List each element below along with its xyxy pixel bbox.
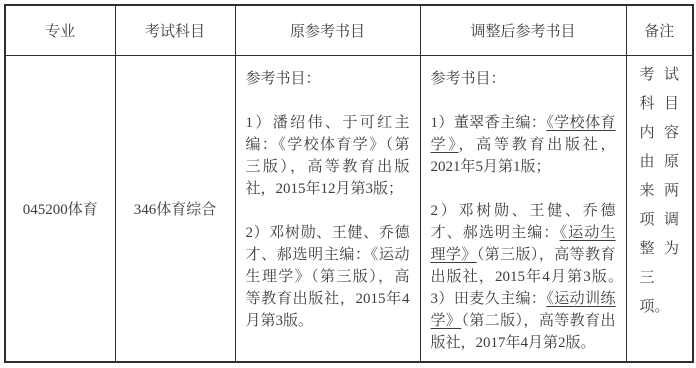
- cell-remark: 考试科目内容由原来两项调整为三项。: [626, 55, 693, 362]
- adjusted-refs-item-2-3: 2）邓树勋、王健、乔德才、郝选明主编：《运动生理学》（第三版），高等教育出版社，…: [431, 200, 616, 354]
- header-major: 专业: [5, 5, 115, 55]
- header-adjusted-refs: 调整后参考书目: [420, 5, 626, 55]
- header-original-refs: 原参考书目: [235, 5, 420, 55]
- ref-text-segment: ，高等教育出版社，2021年5月第1版；: [431, 137, 616, 175]
- reference-adjustment-table: 专业 考试科目 原参考书目 调整后参考书目 备注 045200体育 346体育综…: [4, 4, 694, 363]
- original-refs-item-2: 2）邓树勋、王健、乔德才、郝选明主编：《运动生理学》（第三版），高等教育出版社，…: [246, 222, 410, 332]
- cell-exam-subject: 346体育综合: [115, 55, 235, 362]
- cell-major: 045200体育: [5, 55, 115, 362]
- header-row: 专业 考试科目 原参考书目 调整后参考书目 备注: [5, 5, 693, 55]
- ref-text-segment: 3）田麦久主编：: [431, 291, 547, 307]
- cell-original-refs: 参考书目： 1）潘绍伟、于可红主编：《学校体育学》（第三版），高等教育出版社，2…: [235, 55, 420, 362]
- cell-adjusted-refs: 参考书目： 1）董翠香主编：《学校体育学》，高等教育出版社，2021年5月第1版…: [420, 55, 626, 362]
- document-page: 专业 考试科目 原参考书目 调整后参考书目 备注 045200体育 346体育综…: [0, 0, 696, 368]
- table-row: 045200体育 346体育综合 参考书目： 1）潘绍伟、于可红主编：《学校体育…: [5, 55, 693, 362]
- adjusted-refs-item-1: 1）董翠香主编：《学校体育学》，高等教育出版社，2021年5月第1版；: [431, 112, 616, 178]
- original-refs-intro: 参考书目：: [246, 68, 410, 90]
- header-remark: 备注: [626, 5, 693, 55]
- ref-text-segment: 1）董翠香主编：: [431, 115, 547, 131]
- original-refs-item-1: 1）潘绍伟、于可红主编：《学校体育学》（第三版），高等教育出版社，2015年12…: [246, 112, 410, 200]
- adjusted-refs-intro: 参考书目：: [431, 68, 616, 90]
- header-exam-subject: 考试科目: [115, 5, 235, 55]
